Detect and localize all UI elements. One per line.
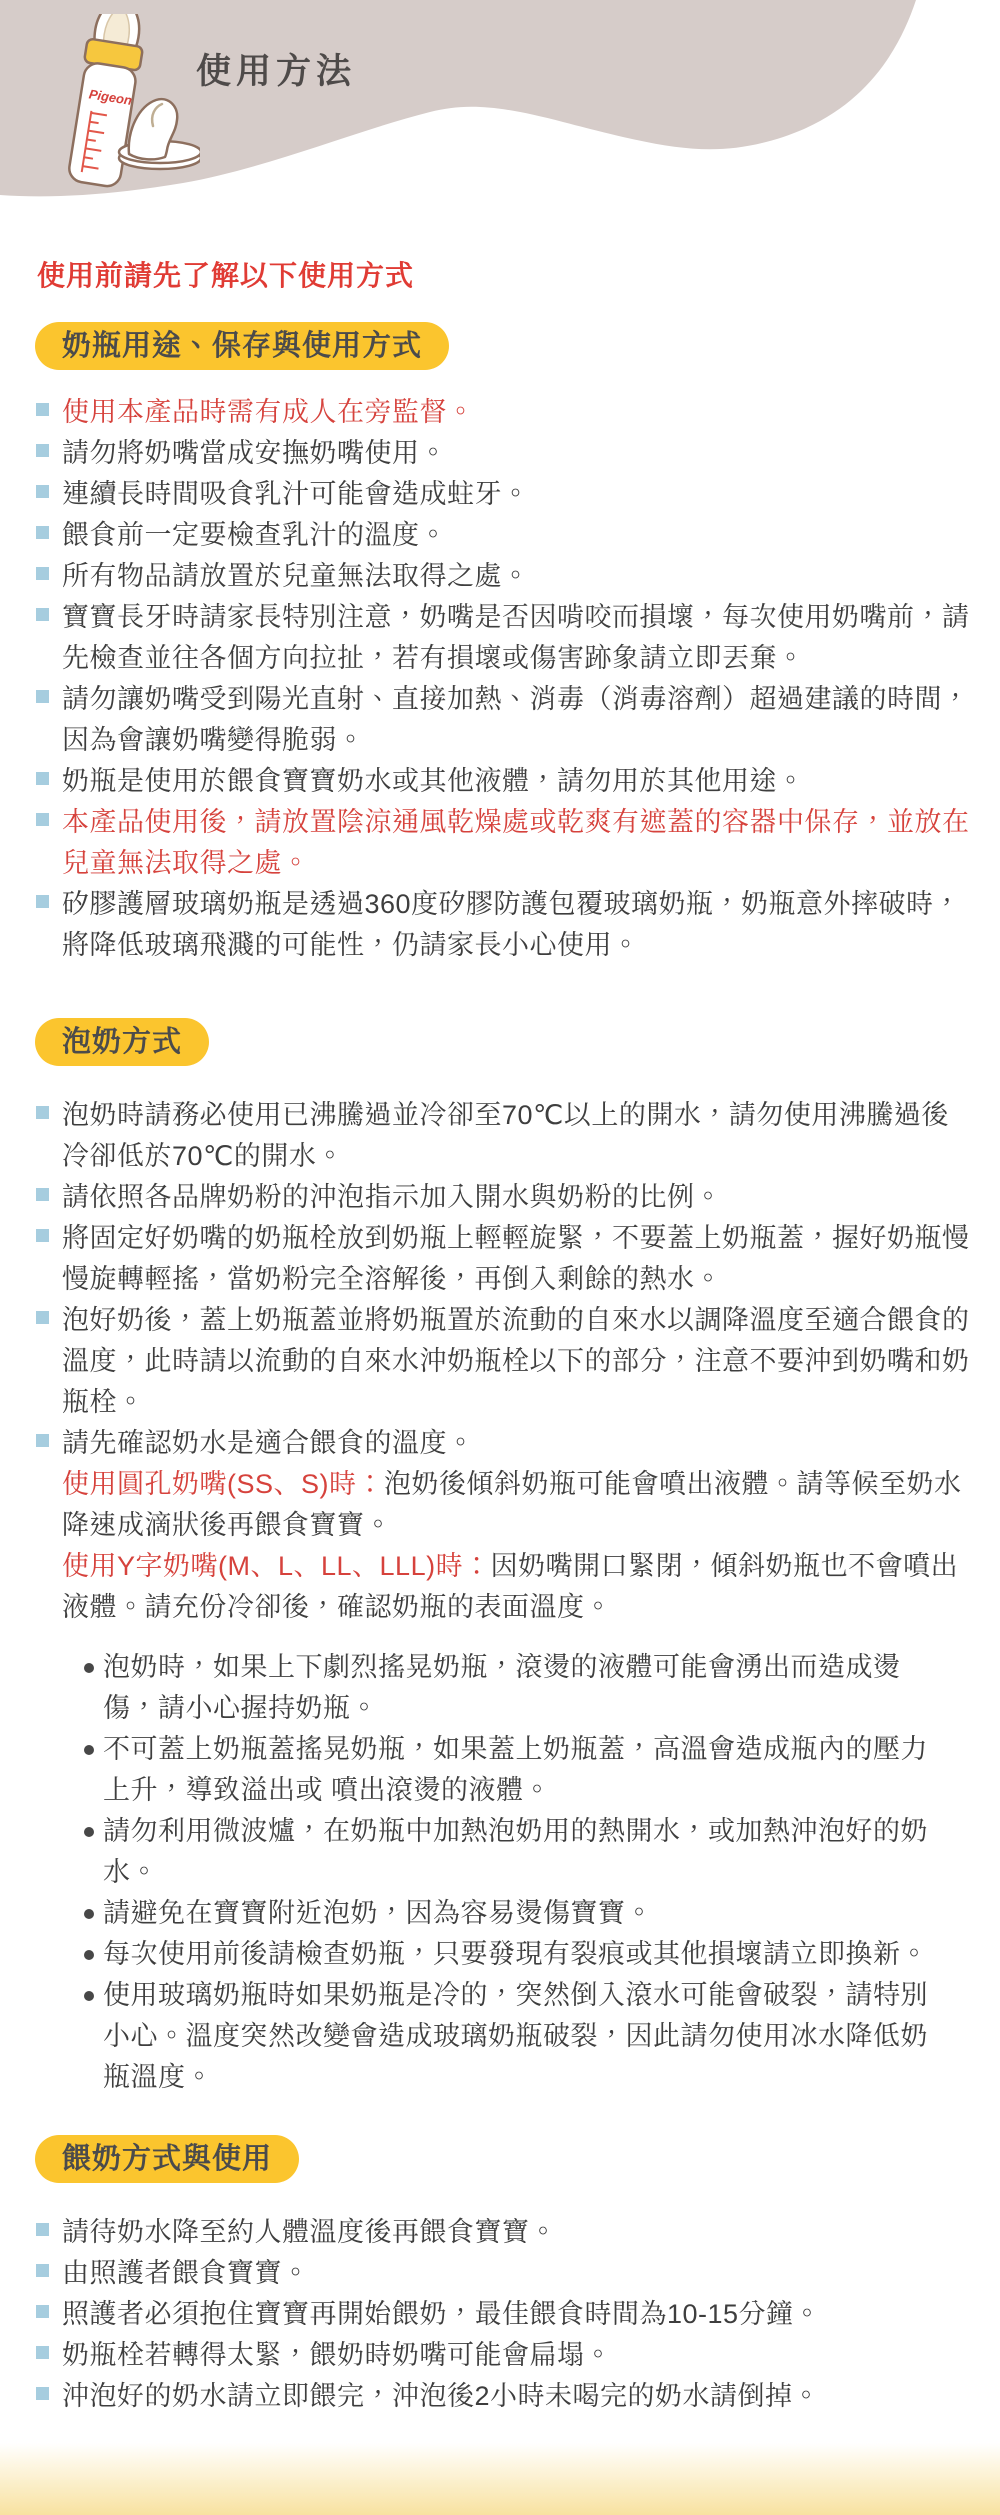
list-item: 泡好奶後，蓋上奶瓶蓋並將奶瓶置於流動的自來水以調降溫度至適合餵食的溫度，此時請以… — [35, 1300, 975, 1423]
square-bullet-icon — [36, 1311, 49, 1324]
list-item-text: 泡好奶後，蓋上奶瓶蓋並將奶瓶置於流動的自來水以調降溫度至適合餵食的溫度，此時請以… — [62, 1300, 975, 1423]
list-item-text: 請依照各品牌奶粉的沖泡指示加入開水與奶粉的比例。 — [62, 1177, 975, 1218]
list-item-text: 由照護者餵食寶寶。 — [62, 2253, 975, 2294]
list-item-text: 寶寶長牙時請家長特別注意，奶嘴是否因啃咬而損壞，每次使用奶嘴前，請先檢查並往各個… — [62, 597, 975, 679]
list-item-text: 照護者必須抱住寶寶再開始餵奶，最佳餵食時間為10-15分鐘。 — [62, 2294, 975, 2335]
list-item: 請勿將奶嘴當成安撫奶嘴使用。 — [35, 433, 975, 474]
page-title: 使用方法 — [196, 44, 356, 94]
square-bullet-icon — [36, 2387, 49, 2400]
list-item-text: 奶瓶是使用於餵食寶寶奶水或其他液體，請勿用於其他用途。 — [62, 761, 975, 802]
dot-bullet-icon — [84, 1950, 94, 1960]
list-item: 由照護者餵食寶寶。 — [35, 2253, 975, 2294]
list-item: 請待奶水降至約人體溫度後再餵食寶寶。 — [35, 2212, 975, 2253]
list-item: 本產品使用後，請放置陰涼通風乾燥處或乾爽有遮蓋的容器中保存，並放在兒童無法取得之… — [35, 802, 975, 884]
square-bullet-icon — [36, 1188, 49, 1201]
list-item: 照護者必須抱住寶寶再開始餵奶，最佳餵食時間為10-15分鐘。 — [35, 2294, 975, 2335]
dot-bullet-list: 泡奶時，如果上下劇烈搖晃奶瓶，滾燙的液體可能會湧出而造成燙傷，請小心握持奶瓶。不… — [35, 1647, 975, 2098]
square-bullet-icon — [36, 813, 49, 826]
list-item-text: 餵食前一定要檢查乳汁的溫度。 — [62, 515, 975, 556]
list-item-text: 請待奶水降至約人體溫度後再餵食寶寶。 — [62, 2212, 975, 2253]
section-badge: 奶瓶用途、保存與使用方式 — [35, 322, 449, 370]
square-bullet-icon — [36, 2346, 49, 2359]
dot-bullet-icon — [84, 1663, 94, 1673]
list-item: 使用本產品時需有成人在旁監督。 — [35, 392, 975, 433]
list-item-text: 沖泡好的奶水請立即餵完，沖泡後2小時未喝完的奶水請倒掉。 — [62, 2376, 975, 2417]
square-bullet-icon — [36, 567, 49, 580]
dot-bullet-icon — [84, 1745, 94, 1755]
dot-list-item: 請避免在寶寶附近泡奶，因為容易燙傷寶寶。 — [35, 1893, 975, 1934]
list-item: 矽膠護層玻璃奶瓶是透過360度矽膠防護包覆玻璃奶瓶，奶瓶意外摔破時， 將降低玻璃… — [35, 884, 975, 966]
square-bullet-icon — [36, 2264, 49, 2277]
list-item-text: 泡奶時，如果上下劇烈搖晃奶瓶，滾燙的液體可能會湧出而造成燙傷，請小心握持奶瓶。 — [103, 1647, 945, 1729]
section-badge: 泡奶方式 — [35, 1018, 209, 1066]
square-bullet-icon — [36, 485, 49, 498]
list-item-text: 使用本產品時需有成人在旁監督。 — [62, 392, 975, 433]
list-item: 連續長時間吸食乳汁可能會造成蛀牙。 — [35, 474, 975, 515]
section-feeding-method: 餵奶方式與使用 請待奶水降至約人體溫度後再餵食寶寶。由照護者餵食寶寶。照護者必須… — [35, 2135, 975, 2417]
square-bullet-icon — [36, 690, 49, 703]
square-bullet-list: 請待奶水降至約人體溫度後再餵食寶寶。由照護者餵食寶寶。照護者必須抱住寶寶再開始餵… — [35, 2212, 975, 2417]
list-item-text: 本產品使用後，請放置陰涼通風乾燥處或乾爽有遮蓋的容器中保存，並放在兒童無法取得之… — [62, 802, 975, 884]
section-badge: 餵奶方式與使用 — [35, 2135, 299, 2183]
baby-bottle-illustration: Pigeon — [55, 14, 200, 200]
dot-list-item: 請勿利用微波爐，在奶瓶中加熱泡奶用的熱開水，或加熱沖泡好的奶水。 — [35, 1811, 975, 1893]
instruction-page: Pigeon 使用方法 使用前請先了解以下使用方式 奶瓶用途、保存與使用方式 使… — [0, 0, 1000, 2515]
list-item: 將固定好奶嘴的奶瓶栓放到奶瓶上輕輕旋緊，不要蓋上奶瓶蓋，握好奶瓶慢慢旋轉輕搖，當… — [35, 1218, 975, 1300]
section-bottle-usage-storage: 奶瓶用途、保存與使用方式 使用本產品時需有成人在旁監督。請勿將奶嘴當成安撫奶嘴使… — [35, 322, 975, 966]
dot-list-item: 不可蓋上奶瓶蓋搖晃奶瓶，如果蓋上奶瓶蓋，高溫會造成瓶內的壓力上升，導致溢出或 噴… — [35, 1729, 975, 1811]
list-item-text: 使用玻璃奶瓶時如果奶瓶是冷的，突然倒入滾水可能會破裂，請特別小心。溫度突然改變會… — [103, 1975, 945, 2098]
square-bullet-icon — [36, 2223, 49, 2236]
square-bullet-icon — [36, 1229, 49, 1242]
intro-heading: 使用前請先了解以下使用方式 — [37, 254, 414, 294]
square-bullet-icon — [36, 772, 49, 785]
list-item: 沖泡好的奶水請立即餵完，沖泡後2小時未喝完的奶水請倒掉。 — [35, 2376, 975, 2417]
list-item: 寶寶長牙時請家長特別注意，奶嘴是否因啃咬而損壞，每次使用奶嘴前，請先檢查並往各個… — [35, 597, 975, 679]
list-item-text: 矽膠護層玻璃奶瓶是透過360度矽膠防護包覆玻璃奶瓶，奶瓶意外摔破時， 將降低玻璃… — [62, 884, 975, 966]
square-bullet-icon — [36, 608, 49, 621]
list-item-text: 不可蓋上奶瓶蓋搖晃奶瓶，如果蓋上奶瓶蓋，高溫會造成瓶內的壓力上升，導致溢出或 噴… — [103, 1729, 945, 1811]
square-bullet-icon — [36, 444, 49, 457]
list-item: 請依照各品牌奶粉的沖泡指示加入開水與奶粉的比例。 — [35, 1177, 975, 1218]
list-item: 奶瓶是使用於餵食寶寶奶水或其他液體，請勿用於其他用途。 — [35, 761, 975, 802]
dot-bullet-icon — [84, 1991, 94, 2001]
square-bullet-list: 使用本產品時需有成人在旁監督。請勿將奶嘴當成安撫奶嘴使用。連續長時間吸食乳汁可能… — [35, 392, 975, 966]
bottom-gradient — [0, 2443, 1000, 2515]
list-item-text: 請避免在寶寶附近泡奶，因為容易燙傷寶寶。 — [103, 1893, 945, 1934]
list-item: 餵食前一定要檢查乳汁的溫度。 — [35, 515, 975, 556]
list-item-text: 將固定好奶嘴的奶瓶栓放到奶瓶上輕輕旋緊，不要蓋上奶瓶蓋，握好奶瓶慢慢旋轉輕搖，當… — [62, 1218, 975, 1300]
list-item-text: 所有物品請放置於兒童無法取得之處。 — [62, 556, 975, 597]
dot-bullet-icon — [84, 1827, 94, 1837]
list-item-text: 請先確認奶水是適合餵食的溫度。 使用圓孔奶嘴(SS、S)時：泡奶後傾斜奶瓶可能會… — [62, 1423, 975, 1628]
square-bullet-list: 泡奶時請務必使用已沸騰過並冷卻至70℃以上的開水，請勿使用沸騰過後冷卻低於70℃… — [35, 1095, 975, 1628]
list-item-text: 每次使用前後請檢查奶瓶，只要發現有裂痕或其他損壞請立即換新。 — [103, 1934, 945, 1975]
dot-list-item: 泡奶時，如果上下劇烈搖晃奶瓶，滾燙的液體可能會湧出而造成燙傷，請小心握持奶瓶。 — [35, 1647, 975, 1729]
square-bullet-icon — [36, 403, 49, 416]
section-formula-preparation: 泡奶方式 泡奶時請務必使用已沸騰過並冷卻至70℃以上的開水，請勿使用沸騰過後冷卻… — [35, 1018, 975, 2098]
square-bullet-icon — [36, 1106, 49, 1119]
list-item: 請先確認奶水是適合餵食的溫度。 使用圓孔奶嘴(SS、S)時：泡奶後傾斜奶瓶可能會… — [35, 1423, 975, 1628]
list-item: 所有物品請放置於兒童無法取得之處。 — [35, 556, 975, 597]
square-bullet-icon — [36, 1434, 49, 1447]
list-item: 請勿讓奶嘴受到陽光直射、直接加熱、消毒（消毒溶劑）超過建議的時間，因為會讓奶嘴變… — [35, 679, 975, 761]
list-item-text: 請勿讓奶嘴受到陽光直射、直接加熱、消毒（消毒溶劑）超過建議的時間，因為會讓奶嘴變… — [62, 679, 975, 761]
list-item-text: 請勿將奶嘴當成安撫奶嘴使用。 — [62, 433, 975, 474]
list-item: 泡奶時請務必使用已沸騰過並冷卻至70℃以上的開水，請勿使用沸騰過後冷卻低於70℃… — [35, 1095, 975, 1177]
list-item-text: 連續長時間吸食乳汁可能會造成蛀牙。 — [62, 474, 975, 515]
square-bullet-icon — [36, 895, 49, 908]
dot-bullet-icon — [84, 1909, 94, 1919]
square-bullet-icon — [36, 526, 49, 539]
dot-list-item: 使用玻璃奶瓶時如果奶瓶是冷的，突然倒入滾水可能會破裂，請特別小心。溫度突然改變會… — [35, 1975, 975, 2098]
bottle-body — [67, 61, 137, 188]
dot-list-item: 每次使用前後請檢查奶瓶，只要發現有裂痕或其他損壞請立即換新。 — [35, 1934, 975, 1975]
list-item-text: 請勿利用微波爐，在奶瓶中加熱泡奶用的熱開水，或加熱沖泡好的奶水。 — [103, 1811, 945, 1893]
list-item-text: 泡奶時請務必使用已沸騰過並冷卻至70℃以上的開水，請勿使用沸騰過後冷卻低於70℃… — [62, 1095, 975, 1177]
list-item: 奶瓶栓若轉得太緊，餵奶時奶嘴可能會扁塌。 — [35, 2335, 975, 2376]
list-item-text: 奶瓶栓若轉得太緊，餵奶時奶嘴可能會扁塌。 — [62, 2335, 975, 2376]
square-bullet-icon — [36, 2305, 49, 2318]
